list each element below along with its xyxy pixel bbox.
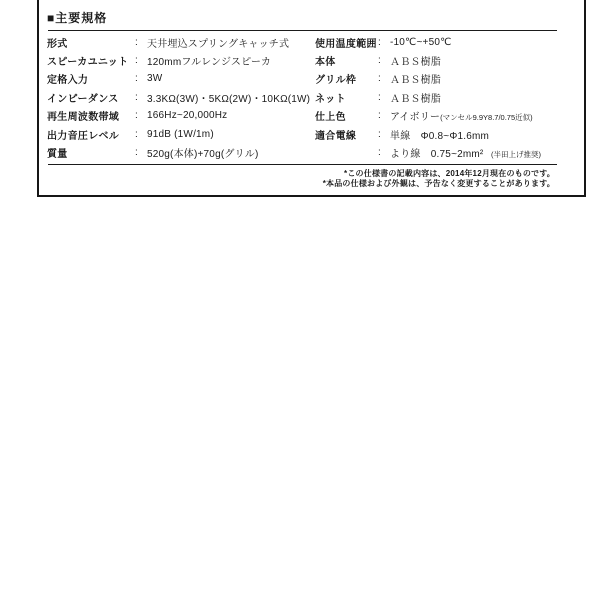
footnote-line: *本品の仕様および外観は、予告なく変更することがあります。	[290, 179, 555, 189]
spec-value: ＡＢＳ樹脂	[390, 53, 558, 68]
spec-value: 天井埋込スプリングキャッチ式	[147, 35, 310, 50]
spec-label: 出力音圧レベル	[47, 127, 135, 142]
spec-row-format: 形式 : 天井埋込スプリングキャッチ式	[47, 33, 310, 51]
spec-colon: :	[378, 73, 390, 84]
spec-label: インピーダンス	[47, 90, 135, 105]
spec-row-speaker-unit: スピーカユニット : 120mmフルレンジスピーカ	[47, 51, 310, 69]
footnote-line: *この仕様書の記載内容は、2014年12月現在のものです。	[290, 169, 555, 179]
spec-value: 120mmフルレンジスピーカ	[147, 53, 310, 68]
spec-label: 定格入力	[47, 71, 135, 86]
spec-row-grille-frame: グリル枠 : ＡＢＳ樹脂	[315, 70, 558, 88]
spec-value: アイボリー(マンセル9.9Y8.7/0.75近似)	[390, 108, 558, 123]
spec-value: 166Hz~20,000Hz	[147, 110, 310, 121]
spec-label: ネット	[315, 90, 378, 105]
spec-row-rated-input: 定格入力 : 3W	[47, 70, 310, 88]
spec-colon: :	[135, 73, 147, 84]
spec-colon: :	[135, 147, 147, 158]
spec-row-finish-color: 仕上色 : アイボリー(マンセル9.9Y8.7/0.75近似)	[315, 107, 558, 125]
spec-column-left: 形式 : 天井埋込スプリングキャッチ式 スピーカユニット : 120mmフルレン…	[47, 33, 310, 162]
spec-row-weight: 質量 : 520g(本体)+70g(グリル)	[47, 143, 310, 161]
footnotes: *この仕様書の記載内容は、2014年12月現在のものです。 *本品の仕様および外…	[290, 169, 555, 189]
spec-row-net: ネット : ＡＢＳ樹脂	[315, 88, 558, 106]
spec-row-wire-stranded: : より線 0.75~2mm² (半田上げ推奨)	[315, 143, 558, 161]
spec-colon: :	[378, 37, 390, 48]
spec-colon: :	[378, 147, 390, 158]
section-title: ■主要規格	[47, 9, 107, 26]
spec-label: 本体	[315, 53, 378, 68]
spec-colon: :	[135, 37, 147, 48]
spec-colon: :	[135, 55, 147, 66]
spec-value: より線 0.75~2mm² (半田上げ推奨)	[390, 145, 558, 160]
spec-value: 3.3KΩ(3W)・5KΩ(2W)・10KΩ(1W)	[147, 90, 310, 105]
spec-label: 仕上色	[315, 108, 378, 123]
spec-label: 質量	[47, 145, 135, 160]
spec-value: 91dB (1W/1m)	[147, 129, 310, 140]
spec-value: -10℃~+50℃	[390, 37, 558, 48]
spec-colon: :	[378, 55, 390, 66]
spec-row-temp-range: 使用温度範囲 : -10℃~+50℃	[315, 33, 558, 51]
spec-row-impedance: インピーダンス : 3.3KΩ(3W)・5KΩ(2W)・10KΩ(1W)	[47, 88, 310, 106]
spec-colon: :	[135, 92, 147, 103]
spec-value: 520g(本体)+70g(グリル)	[147, 145, 310, 160]
spec-label: スピーカユニット	[47, 53, 135, 68]
spec-value: 3W	[147, 73, 310, 84]
spec-label: 適合電線	[315, 127, 378, 142]
spec-colon: :	[135, 129, 147, 140]
divider-bottom	[48, 164, 557, 165]
spec-row-output-spl: 出力音圧レベル : 91dB (1W/1m)	[47, 125, 310, 143]
spec-value: 単線 Φ0.8~Φ1.6mm	[390, 127, 558, 142]
spec-label: 形式	[47, 35, 135, 50]
spec-colon: :	[378, 92, 390, 103]
spec-value: ＡＢＳ樹脂	[390, 90, 558, 105]
spec-label: 再生周波数帯域	[47, 108, 135, 123]
spec-label: グリル枠	[315, 71, 378, 86]
spec-row-body-material: 本体 : ＡＢＳ樹脂	[315, 51, 558, 69]
spec-row-wire-solid: 適合電線 : 単線 Φ0.8~Φ1.6mm	[315, 125, 558, 143]
spec-colon: :	[135, 110, 147, 121]
spec-column-right: 使用温度範囲 : -10℃~+50℃ 本体 : ＡＢＳ樹脂 グリル枠 : ＡＢＳ…	[315, 33, 558, 162]
spec-colon: :	[378, 110, 390, 121]
spec-row-frequency-range: 再生周波数帯域 : 166Hz~20,000Hz	[47, 107, 310, 125]
divider-top	[48, 30, 557, 31]
spec-label: 使用温度範囲	[315, 35, 378, 50]
spec-value: ＡＢＳ樹脂	[390, 71, 558, 86]
spec-colon: :	[378, 129, 390, 140]
